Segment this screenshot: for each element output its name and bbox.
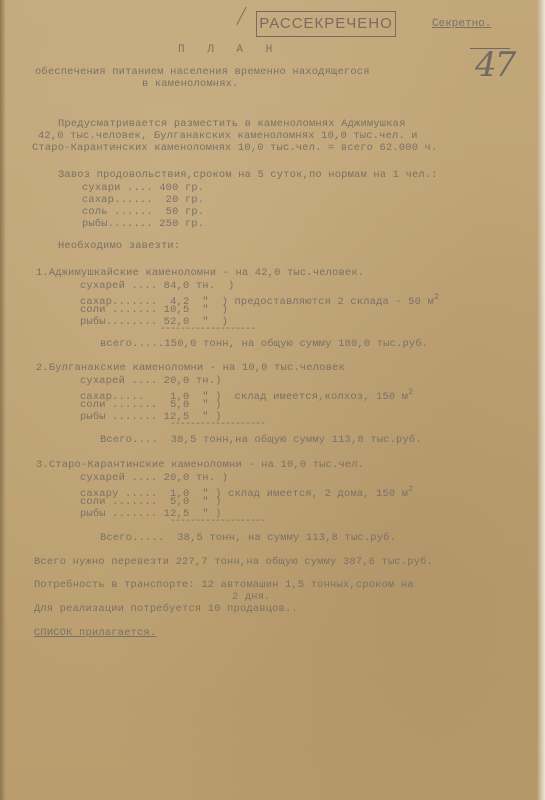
section-1-total: всего.....150,0 тонн, на общую сумму 180… bbox=[100, 338, 428, 350]
declassified-stamp: РАССЕКРЕЧЕНО bbox=[256, 11, 396, 37]
section-2-total: Всего.... 38,5 тонн,на общую сумму 113,8… bbox=[100, 434, 422, 446]
norm-item: сухари .... 400 гр. bbox=[82, 182, 204, 194]
section-1-item: сухарей .... 84,0 тн. ) bbox=[80, 280, 234, 292]
norm-item: рыбы....... 250 гр. bbox=[82, 218, 204, 230]
section-3-note: склад имеется, 2 дома, 150 м bbox=[228, 488, 408, 500]
section-3-heading: 3.Старо-Карантинские каменоломни - на 10… bbox=[36, 459, 364, 471]
section-2-heading: 2.Булганакские каменоломни - на 10,0 тыс… bbox=[36, 362, 345, 374]
section-2-item: соли ....... 5,0 " ) bbox=[80, 399, 222, 411]
norm-item: сахар...... 20 гр. bbox=[82, 194, 204, 206]
section-3-item: соли ....... 5,0 " ) bbox=[80, 496, 222, 508]
document-title: П Л А Н bbox=[178, 44, 280, 56]
paper-edge-right bbox=[537, 0, 545, 800]
intro-line-1: Предусматривается разместить в каменолом… bbox=[58, 118, 406, 130]
section-1-heading: 1.Аджимушкайские каменоломни - на 42,0 т… bbox=[36, 267, 364, 279]
subtitle-line-2: в каменоломнях. bbox=[142, 78, 239, 90]
section-1-rule: ------------------- bbox=[160, 324, 255, 335]
section-1-note: предоставляются 2 склада - 50 м bbox=[234, 296, 434, 308]
need-heading: Необходимо завезти: bbox=[58, 240, 180, 252]
grand-total: Всего нужно перевезти 227,7 тонн,на общу… bbox=[34, 556, 433, 568]
classification-mark: Секретно. bbox=[432, 18, 491, 30]
intro-line-2: 42,0 тыс.человек, Булганакских каменолом… bbox=[38, 130, 418, 142]
subtitle-line-1: обеспечения питанием населения временно … bbox=[35, 66, 370, 78]
section-2-rule: ------------------- bbox=[170, 419, 265, 430]
transport-need: Потребность в транспорте: 12 автомашин 1… bbox=[34, 579, 414, 591]
section-2-note: склад имеется,колхоз, 150 м bbox=[234, 391, 408, 403]
norms-heading: Завоз продовольствия,сроком на 5 суток,п… bbox=[58, 169, 438, 181]
transport-need-cont: 2 дня. bbox=[232, 591, 271, 603]
section-3-rule: ------------------- bbox=[170, 516, 265, 527]
paper-edge-left bbox=[0, 0, 6, 800]
norm-item: соль ...... 50 гр. bbox=[82, 206, 204, 218]
section-2-item: сухарей .... 20,0 тн.) bbox=[80, 375, 222, 387]
section-1-item: соли ....... 10,5 " ) bbox=[80, 304, 228, 316]
sellers-need: Для реализации потребуется 10 продавцов.… bbox=[34, 603, 298, 615]
list-attached-note: СПИСОК прилагается. bbox=[34, 627, 156, 639]
section-3-total: Всего..... 38,5 тонн, на сумму 113,8 тыс… bbox=[100, 532, 396, 544]
document-page: РАССЕКРЕЧЕНО Секретно. 47 П Л А Н обеспе… bbox=[0, 0, 545, 800]
intro-line-3: Старо-Карантинских каменоломнях 10,0 тыс… bbox=[32, 142, 437, 154]
section-3-item: сухарей .... 20,0 тн. ) bbox=[80, 472, 228, 484]
folio-number: 47 bbox=[475, 45, 514, 85]
